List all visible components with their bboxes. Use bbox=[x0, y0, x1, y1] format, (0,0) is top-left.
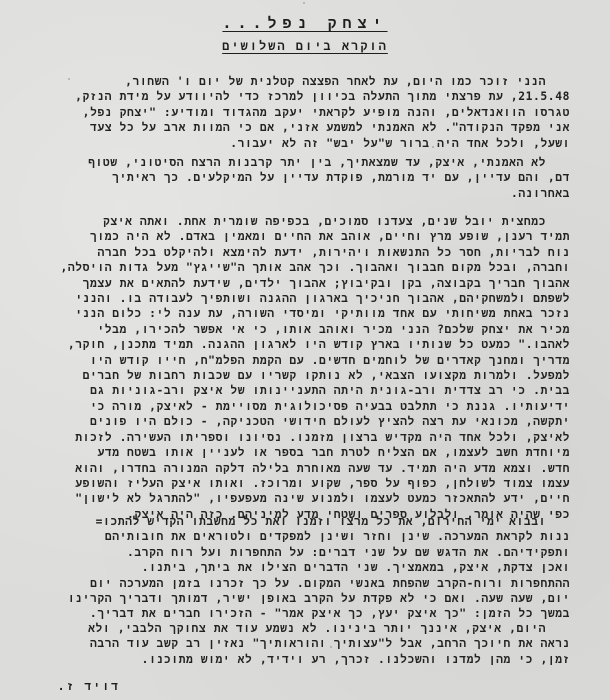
text-line: עצמו צמוד לשולחן, כפוף על ספר, שקוע ומרו… bbox=[10, 476, 570, 491]
text-line: ותפקידיהם. את הדגש שם על שני דברים: על ה… bbox=[10, 545, 570, 560]
text-line: ובבוא ימי החירום, את כל מרצו וזמנו ואת כ… bbox=[10, 514, 570, 529]
text-line: ההתחפרות ורוח-הקרב שהפחת באנשי המקום. על… bbox=[10, 576, 570, 591]
text-line: יום, שעה שעה. ואם כי לא פקדת על הקרב באו… bbox=[10, 591, 570, 606]
text-line: היום, איצק, איננך יותר בינינו. לא נשמע ע… bbox=[10, 621, 570, 636]
text-line: מכיר את יצחק שלכם? הנני מכיר ואוהב אותו,… bbox=[10, 322, 570, 337]
paper-speck bbox=[210, 356, 212, 358]
text-line: 21.5.48, עת פרצתי מתוך התעלה בכיוון למרכ… bbox=[10, 89, 570, 104]
text-line: יתקשה, מכונאי עת רצה להציץ לעולם חידושי … bbox=[10, 414, 570, 429]
document-title: יצחק נפל... bbox=[0, 14, 610, 33]
text-line: ואכן צדקת, איצק, במאמציך. שני הדברים הצי… bbox=[10, 560, 570, 575]
text-line: נזכר באחת משיחותי עם אחד מוותיקי ומיסדי … bbox=[10, 306, 570, 321]
text-line: לאיצק, ולכל אחד היה מקדיש ברצון מזמנו. נ… bbox=[10, 430, 570, 445]
text-line: חדש. וצמא מדע היה תמיד. עד שעה מאוחרת בל… bbox=[10, 461, 570, 476]
text-line: הנני זוכר כמו היום, עת לאחר הפצצה קטלנית… bbox=[10, 74, 570, 89]
text-line: נוח לבריות, חסר כל התנשאות ויהירות, ידעת… bbox=[10, 245, 570, 260]
paper-speck bbox=[68, 78, 70, 80]
text-line: לא האמנתי, איצק, עד שמצאתיך, בין יתר קרב… bbox=[10, 155, 570, 170]
document-subtitle-text: הוקרא ביום השלושים bbox=[222, 39, 388, 53]
document-subtitle: הוקרא ביום השלושים bbox=[0, 39, 610, 54]
text-line: אני מפקד הנקודה". לא האמנתי למשמע אזני, … bbox=[10, 120, 570, 135]
paper-speck bbox=[560, 612, 562, 614]
paragraph-2: לא האמנתי, איצק, עד שמצאתיך, בין יתר קרב… bbox=[10, 155, 570, 201]
text-line: לשפתם ולמשחקיהם, אהבוך חניכיך בארגון ההג… bbox=[10, 291, 570, 306]
paragraph-1: הנני זוכר כמו היום, עת לאחר הפצצה קטלנית… bbox=[10, 74, 570, 151]
text-line: ננות לקראת המערכה. שינן וחזר ושינן למפקד… bbox=[10, 529, 570, 544]
signature: דויד ז. bbox=[58, 679, 120, 694]
text-line: חיים, ידע להתאכזר כמעט לעצמו ולמנוע שינה… bbox=[10, 491, 570, 506]
text-line: באחרונה. bbox=[10, 186, 570, 201]
text-line: לאהבו." כמעט כל שנותיו בארץ קודש היו לאר… bbox=[10, 337, 570, 352]
text-line: נראה את חיוכך הרחב, אבל ל"עצותיך והוראות… bbox=[10, 636, 570, 651]
text-line: וחברה, ובכל מקום חבבוך ואהבוך. וכך אהב א… bbox=[10, 260, 570, 275]
document-title-text: יצחק נפל... bbox=[222, 14, 387, 32]
text-line: בבית. כי רב צדדית ורב-גונית היתה התעניינ… bbox=[10, 383, 570, 398]
text-line: דם, והם עדיין, עם יד מורמת, פוקדת עדיין … bbox=[10, 170, 570, 185]
text-line: ידיעותיו. גננת כי תתלבט בבעיה פסיכולוגית… bbox=[10, 399, 570, 414]
text-line: למפעל. ולמרות מקצועו הצבאי, לא נותקו קשר… bbox=[10, 368, 570, 383]
text-line: מדריך ומחנך קאדרים של לוחמים חדשים. עם ה… bbox=[10, 353, 570, 368]
paragraph-5: היום, איצק, איננך יותר בינינו. לא נשמע ע… bbox=[10, 621, 570, 667]
paper-speck bbox=[330, 646, 332, 648]
paper-speck bbox=[432, 146, 434, 148]
text-line: תמיד רענן, שופע מרץ וחיים, אוהב את החיים… bbox=[10, 229, 570, 244]
paper-speck bbox=[303, 2, 305, 4]
text-line: כמחצית יובל שנים, צעדנו סמוכים, בכפיפה ש… bbox=[10, 214, 570, 229]
text-line: טגרסו הוואנדאלים, והנה מופיע לקראתי יעקב… bbox=[10, 105, 570, 120]
text-line: במשך כל הזמן: "כך איצק יעץ, כך איצק אמר"… bbox=[10, 606, 570, 621]
text-line: זמן, כי מהן למדנו והשכלנו. זכרך, רע וידי… bbox=[10, 652, 570, 667]
paragraph-4: ובבוא ימי החירום, את כל מרצו וזמנו ואת כ… bbox=[10, 514, 570, 622]
document-page: יצחק נפל... הוקרא ביום השלושים הנני זוכר… bbox=[0, 0, 610, 700]
text-line: אהבוך חבריך בקבוצה, בקן ובקיבוץ; אהבוך י… bbox=[10, 276, 570, 291]
text-line: ושעל, ולכל אחד היה ברור ש"על יבש" זה לא … bbox=[10, 136, 570, 151]
paragraph-3: כמחצית יובל שנים, צעדנו סמוכים, בכפיפה ש… bbox=[10, 214, 570, 522]
text-line: מיוחדת חשב לעצמו, אם הצליח לטרת חבר בספר… bbox=[10, 445, 570, 460]
